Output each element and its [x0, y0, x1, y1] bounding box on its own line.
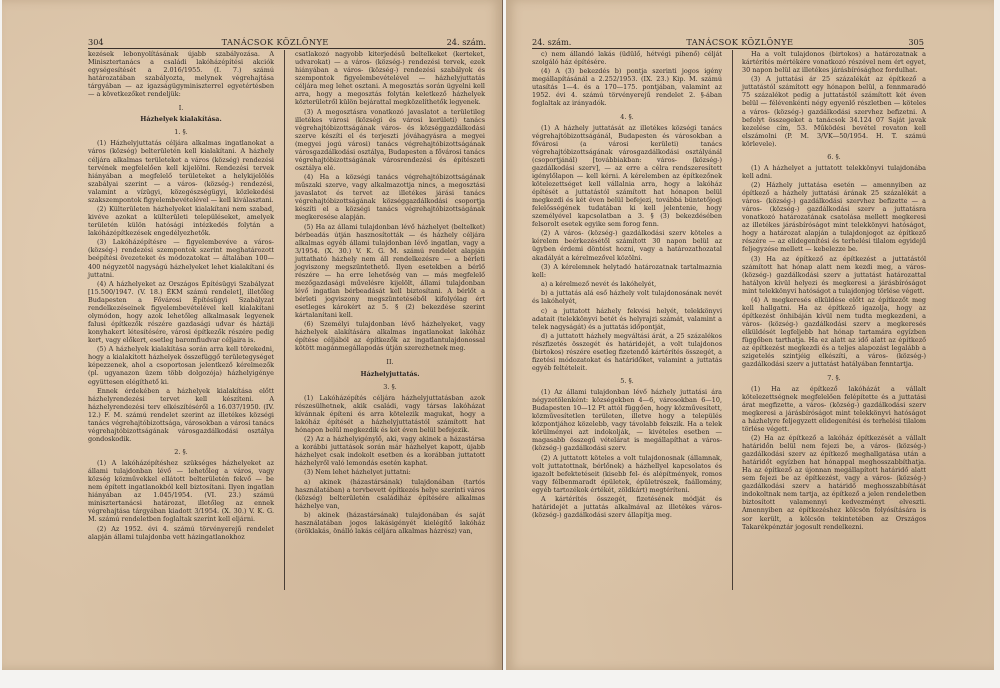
paragraph: (3) Lakóházépítésre — figyelembevéve a v…: [88, 238, 274, 278]
paragraph: Ha a volt tulajdonos (birtokos) a határo…: [742, 50, 926, 74]
paragraph: (1) Az állami tulajdonban lévő házhely j…: [532, 388, 722, 452]
section-heading: 1. §.: [88, 128, 274, 136]
page-header: 24. szám. TANÁCSOK KÖZLÖNYE 305: [532, 33, 924, 49]
paragraph: (4) A megkeresés elküldése előtt az épít…: [742, 296, 926, 368]
paragraph: A kártérítés összegét, fizetésének módjá…: [532, 495, 722, 519]
paragraph: csatlakozó nagyobb kiterjedésű beltelkek…: [295, 50, 485, 106]
paragraph: (3) A kérelemnek helytadó határozatnak t…: [532, 263, 722, 279]
list-item: d) a juttatott házhely megváltási árát, …: [532, 332, 722, 372]
paragraph: (2) Külterületen házhelyeket kialakítani…: [88, 205, 274, 237]
section-heading: 2. §.: [88, 448, 274, 456]
paragraph: (4) A (3) bekezdés b) pontja szerinti jo…: [532, 67, 722, 107]
paragraph: Ennek érdekében a házhelyek kialakítása …: [88, 387, 274, 443]
paragraph: (3) A juttatási ár 25 százalékát az épít…: [742, 75, 926, 147]
paragraph: (5) A házhelyek kialakítása során arra k…: [88, 345, 274, 385]
publication-title: TANÁCSOK KÖZLÖNYE: [686, 37, 793, 47]
left-page-304: 304 TANÁCSOK KÖZLÖNYE 24. szám. kezések …: [2, 0, 503, 670]
page-number: 305: [908, 37, 924, 47]
paragraph: (2) Az a házhelyigénylő, aki, vagy akine…: [295, 435, 485, 467]
page-header: 304 TANÁCSOK KÖZLÖNYE 24. szám.: [88, 33, 486, 49]
column-divider: [732, 50, 733, 590]
issue-number: 24. szám.: [532, 37, 571, 47]
section-heading: 6. §.: [742, 153, 926, 161]
right-page-305: 24. szám. TANÁCSOK KÖZLÖNYE 305 c) nem á…: [506, 0, 994, 670]
paragraph: (6) Személyi tulajdonban lévő házhelyeke…: [295, 320, 485, 352]
paragraph: (3) Nem lehet házhelyet juttatni:: [295, 468, 485, 476]
paragraph: (1) A házhely juttatását az illetékes kö…: [532, 124, 722, 229]
paragraph: (3) A megosztásra vonatkozó javaslatot a…: [295, 108, 485, 172]
paragraph: (3) Ha az építkező az építkezést a jutta…: [742, 255, 926, 295]
part-number: I.: [88, 104, 274, 112]
issue-number: 24. szám.: [447, 37, 486, 47]
list-item: c) a juttatott házhely fekvési helyét, t…: [532, 307, 722, 331]
paragraph: (2) Házhely juttatása esetén — amennyibe…: [742, 181, 926, 253]
paragraph: (2) A város- (község-) gazdálkodási szer…: [532, 229, 722, 261]
paragraph: (1) Lakóházépítés céljára házhelyjuttatá…: [295, 394, 485, 434]
list-item: c) nem állandó lakás (üdülő, hétvégi pih…: [532, 50, 722, 66]
paragraph: (1) Ha az építkező lakóházát a vállalt k…: [742, 385, 926, 433]
part-title: Házhelyek kialakítása.: [88, 115, 274, 123]
paragraph: (5) Ha az állami tulajdonban lévő házhel…: [295, 223, 485, 320]
part-number: II.: [295, 358, 485, 366]
column-divider: [284, 50, 285, 590]
list-item: b) akinek (házastársának) tulajdonában é…: [295, 511, 485, 535]
paragraph: (2) Az 1952. évi 4. számú törvényerejű r…: [88, 525, 274, 541]
section-heading: 5. §.: [532, 377, 722, 385]
text-column-left: c) nem állandó lakás (üdülő, hétvégi pih…: [532, 50, 722, 520]
part-title: Házhelyjuttatás.: [295, 370, 485, 378]
paragraph: (1) Házhelyjuttatás céljára alkalmas ing…: [88, 139, 274, 203]
text-column-right: Ha a volt tulajdonos (birtokos) a határo…: [742, 50, 926, 532]
page-number: 304: [88, 37, 104, 47]
text-column-left: kezések lebonyolításának újabb szabályoz…: [88, 50, 274, 542]
list-item: b) a juttatás alá eső házhely volt tulaj…: [532, 289, 722, 305]
paragraph: (2) Ha az építkező a lakóház építkezését…: [742, 434, 926, 531]
paragraph: (4) A házhelyeket az Országos Építésügyi…: [88, 280, 274, 344]
paragraph: (4) Ha a községi tanács végrehajtóbizott…: [295, 173, 485, 221]
text-column-right: csatlakozó nagyobb kiterjedésű beltelkek…: [295, 50, 485, 536]
paragraph: (1) A házhelyet a juttatott telekkönyvi …: [742, 164, 926, 180]
paragraph: kezések lebonyolításának újabb szabályoz…: [88, 50, 274, 98]
paragraph: (1) A lakóházépítéshez szükséges házhely…: [88, 459, 274, 523]
section-heading: 7. §.: [742, 374, 926, 382]
list-item: a) akinek (házastársának) tulajdonában (…: [295, 478, 485, 510]
section-heading: 4. §.: [532, 113, 722, 121]
publication-title: TANÁCSOK KÖZLÖNYE: [222, 37, 329, 47]
paragraph: (2) A juttatott köteles a volt tulajdono…: [532, 454, 722, 494]
section-heading: 3. §.: [295, 383, 485, 391]
list-item: a) a kérelmező nevét és lakóhelyét,: [532, 280, 722, 288]
